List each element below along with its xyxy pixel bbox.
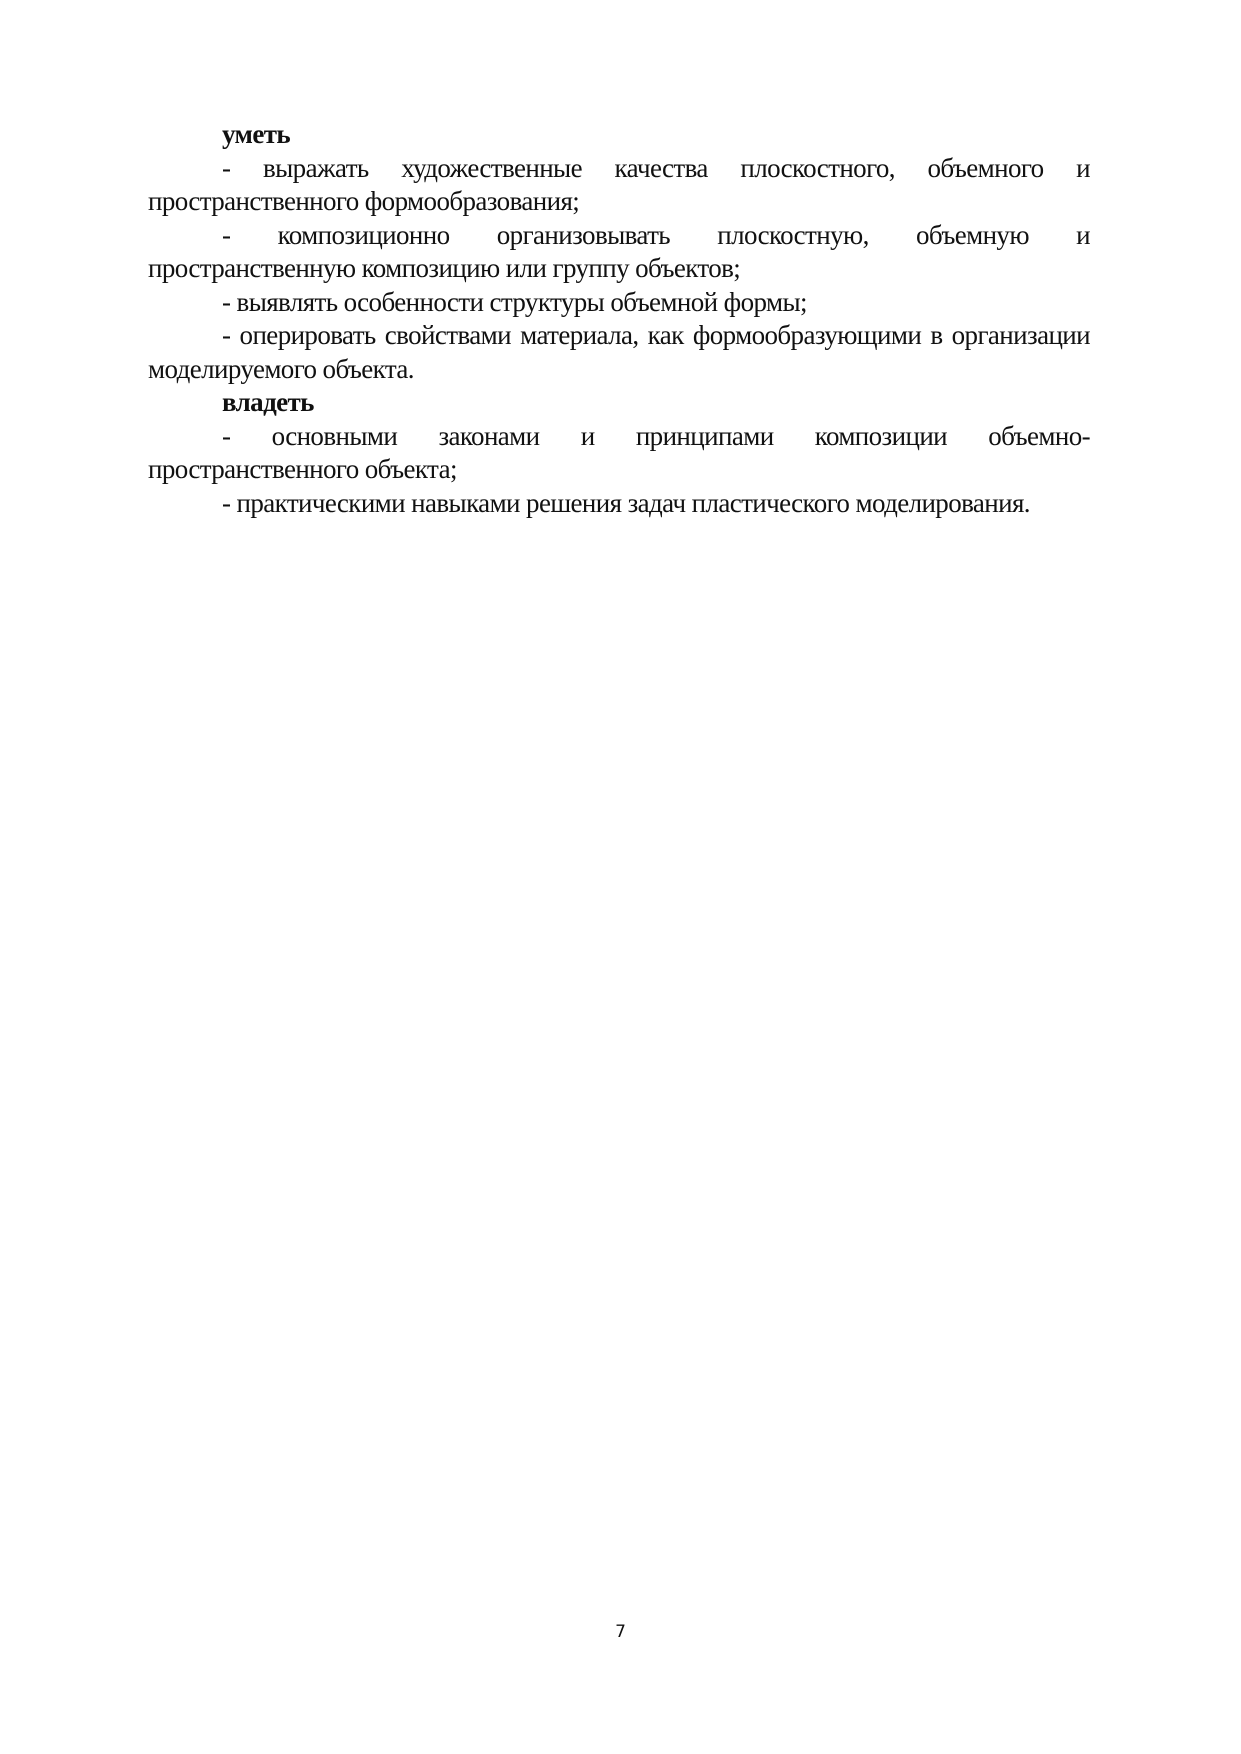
section-heading-umet: уметь [148,118,1090,152]
list-item: - практическими навыками решения задач п… [148,487,1090,521]
list-item: - композиционно организовывать плоскостн… [148,219,1090,286]
list-item: - основными законами и принципами композ… [148,420,1090,487]
section-heading-vladet: владеть [148,386,1090,420]
page-number: 7 [0,1622,1241,1642]
list-item: - оперировать свойствами материала, как … [148,319,1090,386]
list-item: - выражать художественные качества плоск… [148,152,1090,219]
document-body: уметь - выражать художественные качества… [148,118,1090,520]
list-item: - выявлять особенности структуры объемно… [148,286,1090,320]
